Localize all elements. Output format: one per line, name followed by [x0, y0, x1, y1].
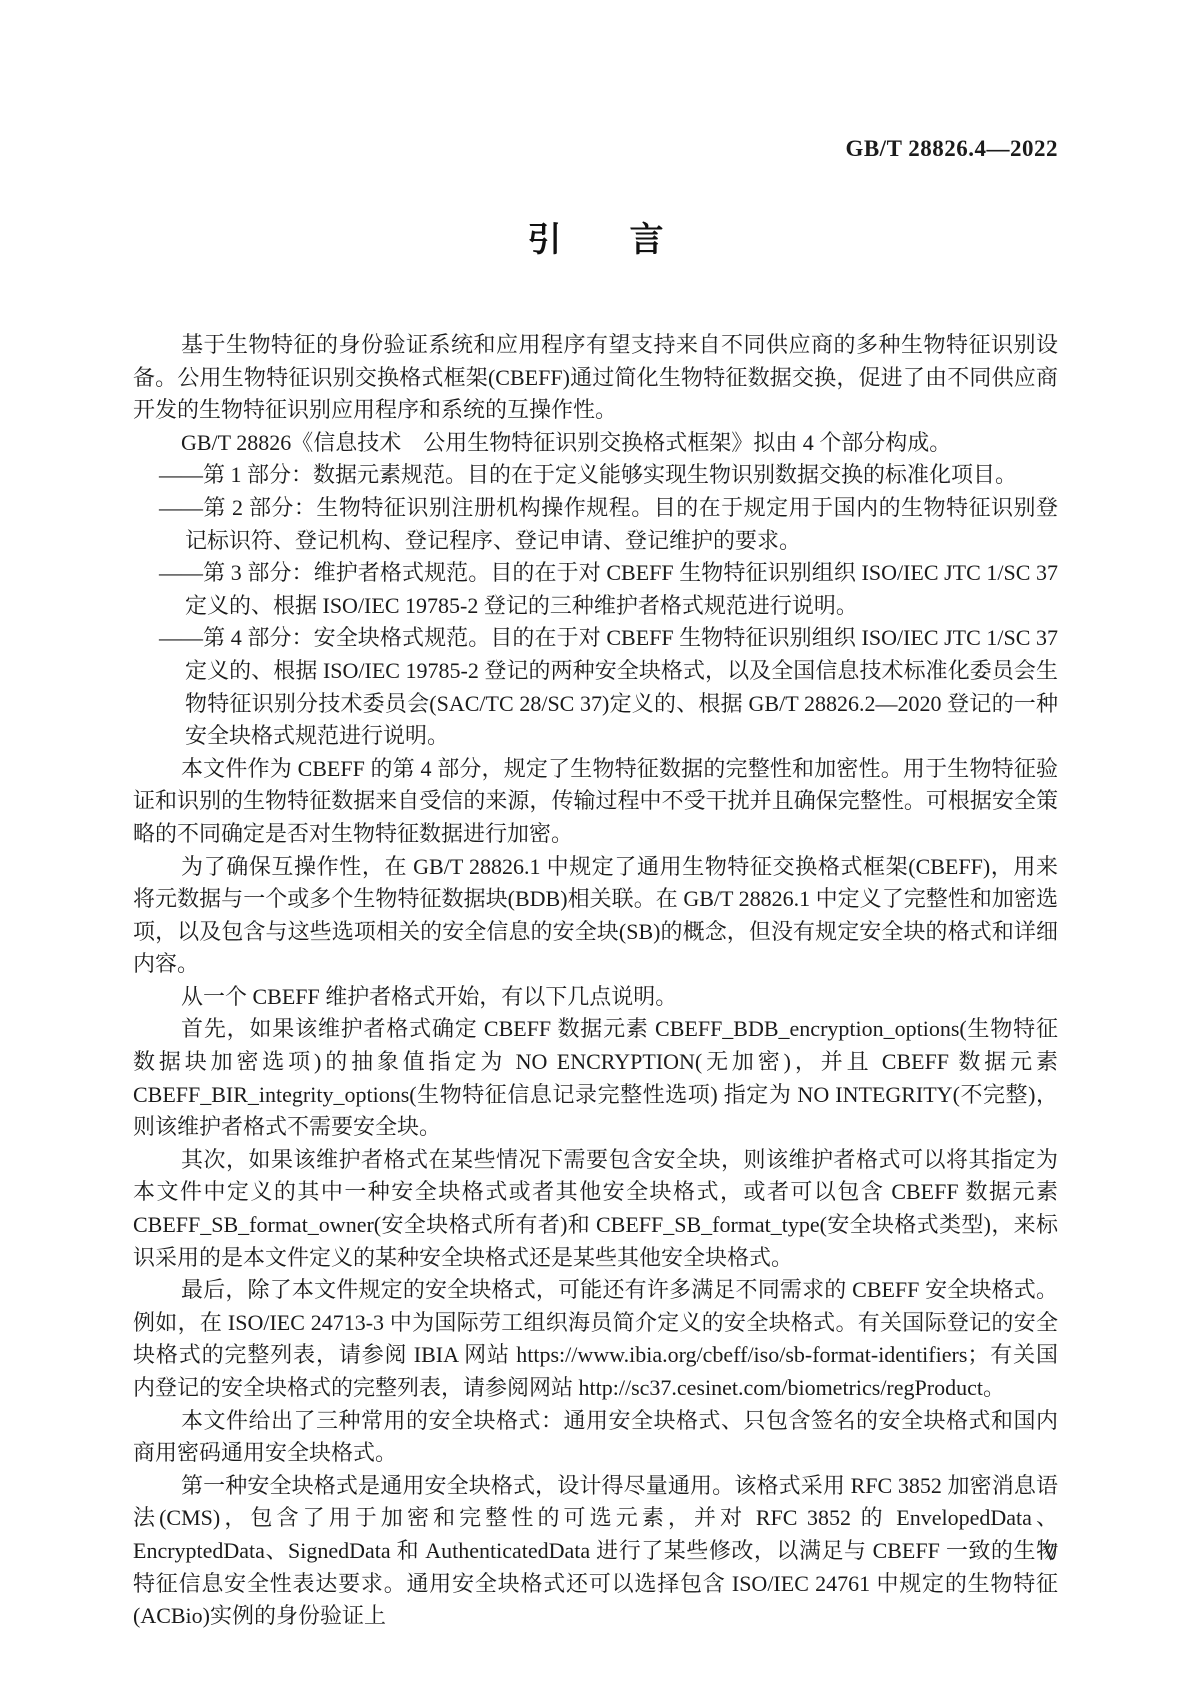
list-item-part-4: ——第 4 部分：安全块格式规范。目的在于对 CBEFF 生物特征识别组织 IS…: [133, 622, 1058, 752]
paragraph-interoperability: 为了确保互操作性，在 GB/T 28826.1 中规定了通用生物特征交换格式框架…: [133, 851, 1058, 981]
paragraph-maintainer-intro: 从一个 CBEFF 维护者格式开始，有以下几点说明。: [133, 981, 1058, 1014]
paragraph-overview: 基于生物特征的身份验证系统和应用程序有望支持来自不同供应商的多种生物特征识别设备…: [133, 329, 1058, 427]
page-number: V: [1043, 1541, 1058, 1565]
paragraph-third-point: 最后，除了本文件规定的安全块格式，可能还有许多满足不同需求的 CBEFF 安全块…: [133, 1274, 1058, 1404]
document-body: 基于生物特征的身份验证系统和应用程序有望支持来自不同供应商的多种生物特征识别设备…: [133, 329, 1058, 1633]
paragraph-first-point: 首先，如果该维护者格式确定 CBEFF 数据元素 CBEFF_BDB_encry…: [133, 1013, 1058, 1143]
list-item-part-3: ——第 3 部分：维护者格式规范。目的在于对 CBEFF 生物特征识别组织 IS…: [133, 557, 1058, 622]
paragraph-three-formats: 本文件给出了三种常用的安全块格式：通用安全块格式、只包含签名的安全块格式和国内商…: [133, 1405, 1058, 1470]
page-title: 引 言: [0, 212, 1191, 261]
paragraph-second-point: 其次，如果该维护者格式在某些情况下需要包含安全块，则该维护者格式可以将其指定为本…: [133, 1144, 1058, 1274]
paragraph-series-structure: GB/T 28826《信息技术 公用生物特征识别交换格式框架》拟由 4 个部分构…: [133, 427, 1058, 460]
paragraph-part4-scope: 本文件作为 CBEFF 的第 4 部分，规定了生物特征数据的完整性和加密性。用于…: [133, 753, 1058, 851]
page-header: GB/T 28826.4—2022: [133, 136, 1058, 162]
page-footer: V: [893, 1541, 1058, 1566]
list-item-part-2: ——第 2 部分：生物特征识别注册机构操作规程。目的在于规定用于国内的生物特征识…: [133, 492, 1058, 557]
document-page: GB/T 28826.4—2022 引 言 基于生物特征的身份验证系统和应用程序…: [0, 0, 1191, 1684]
list-item-part-1: ——第 1 部分：数据元素规范。目的在于定义能够实现生物识别数据交换的标准化项目…: [133, 459, 1058, 492]
standard-number: GB/T 28826.4—2022: [845, 136, 1058, 161]
